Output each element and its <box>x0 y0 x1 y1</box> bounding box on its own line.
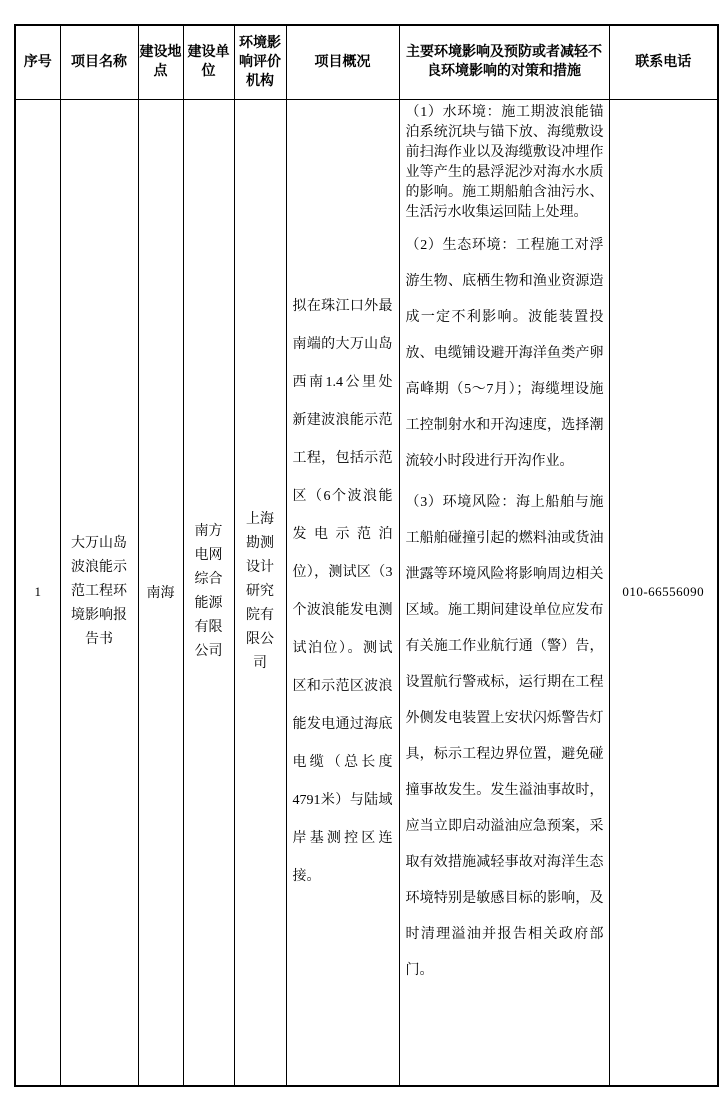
impact-paragraph-risk: （3）环境风险：海上船舶与施工船舶碰撞引起的燃料油或货油泄露等环境风险将影响周边… <box>406 485 604 989</box>
impact-paragraph-ecology: （2）生态环境：工程施工对浮游生物、底栖生物和渔业资源造成一定不利影响。波能装置… <box>406 228 604 480</box>
col-header-builder: 建设单位 <box>183 25 234 99</box>
impact-paragraph-water: （1）水环境：施工期波浪能锚泊系统沉块与锚下放、海缆敷设前扫海作业以及海缆敷设冲… <box>406 103 604 223</box>
cell-agency: 上海勘测设计研究院有限公司 <box>234 99 286 1086</box>
cell-impacts: （1）水环境：施工期波浪能锚泊系统沉块与锚下放、海缆敷设前扫海作业以及海缆敷设冲… <box>399 99 609 1086</box>
document-page: { "colors": { "background": "#ffffff", "… <box>0 0 726 1108</box>
col-header-agency: 环境影响评价机构 <box>234 25 286 99</box>
eia-projects-table: 序号 项目名称 建设地点 建设单位 环境影响评价机构 项目概况 主要环境影响及预… <box>14 24 719 1087</box>
cell-seq: 1 <box>15 99 60 1086</box>
table-row: 1 大万山岛波浪能示范工程环境影响报告书 南海 南方电网综合能源有限公司 上海勘… <box>15 99 718 1086</box>
cell-location: 南海 <box>138 99 183 1086</box>
col-header-seq: 序号 <box>15 25 60 99</box>
col-header-overview: 项目概况 <box>286 25 399 99</box>
cell-phone: 010-66556090 <box>609 99 718 1086</box>
cell-overview: 拟在珠江口外最南端的大万山岛西南1.4公里处新建波浪能示范工程，包括示范区（6个… <box>286 99 399 1086</box>
cell-project-name: 大万山岛波浪能示范工程环境影响报告书 <box>60 99 138 1086</box>
col-header-name: 项目名称 <box>60 25 138 99</box>
table-header-row: 序号 项目名称 建设地点 建设单位 环境影响评价机构 项目概况 主要环境影响及预… <box>15 25 718 99</box>
col-header-location: 建设地点 <box>138 25 183 99</box>
cell-builder: 南方电网综合能源有限公司 <box>183 99 234 1086</box>
col-header-phone: 联系电话 <box>609 25 718 99</box>
col-header-impacts: 主要环境影响及预防或者减轻不良环境影响的对策和措施 <box>399 25 609 99</box>
